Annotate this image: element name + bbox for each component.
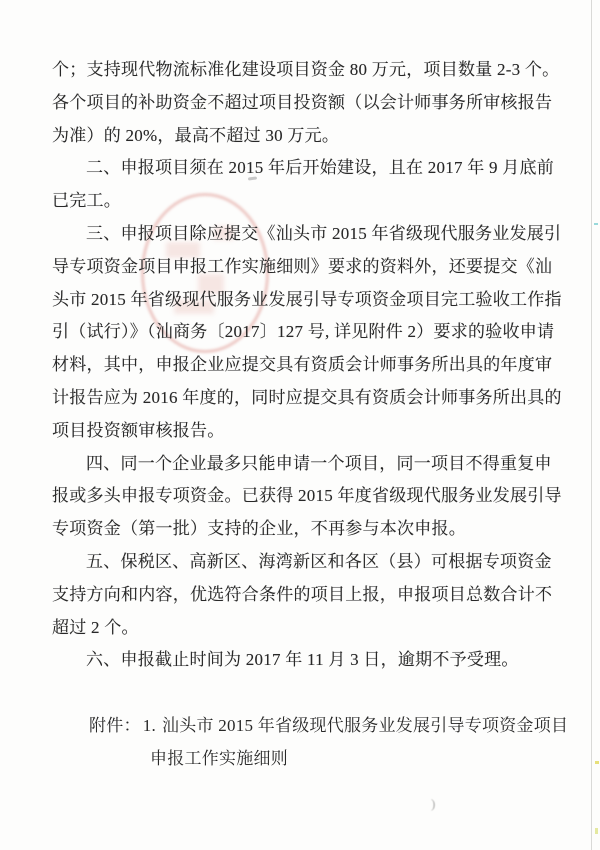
text-line: 材料，其中，申报企业应提交具有资质会计师事务所出具的年度审 xyxy=(52,349,552,382)
attachment-label: 附件： xyxy=(89,716,141,735)
text-line: 六、申报截止时间为 2017 年 11 月 3 日，逾期不予受理。 xyxy=(52,644,552,677)
text-line: 头市 2015 年省级现代服务业发展引导专项资金项目完工验收工作指 xyxy=(52,284,552,317)
text-line: 个；支持现代物流标准化建设项目资金 80 万元，项目数量 2-3 个。 xyxy=(52,54,552,87)
text-line: 计报告应为 2016 年度的，同时应提交具有资质会计师事务所出具的 xyxy=(52,382,552,415)
document-text: 个；支持现代物流标准化建设项目资金 80 万元，项目数量 2-3 个。各个项目的… xyxy=(52,54,552,776)
text-line: 引（试行）》（汕商务〔2017〕127 号, 详见附件 2）要求的验收申请 xyxy=(52,316,552,349)
text-line: 五、保税区、高新区、海湾新区和各区（县）可根据专项资金 xyxy=(52,546,552,579)
text-line: 二、申报项目须在 2015 年后开始建设，且在 2017 年 9 月底前 xyxy=(52,152,552,185)
attachment-section: 附件：1.汕头市 2015 年省级现代服务业发展引导专项资金项目 申报工作实施细… xyxy=(52,710,552,776)
text-line: 为准）的 20%，最高不超过 30 万元。 xyxy=(52,120,552,153)
scan-speck xyxy=(595,761,599,764)
attachment-item-number: 1. xyxy=(141,716,162,735)
blank-line xyxy=(52,677,552,710)
text-line: 各个项目的补助资金不超过项目投资额（以会计师事务所审核报告 xyxy=(52,87,552,120)
scan-stray-mark: ) xyxy=(431,796,435,812)
scan-speck xyxy=(594,223,598,225)
text-line: 已完工。 xyxy=(52,185,552,218)
attachment-item-title-part1: 汕头市 2015 年省级现代服务业发展引导专项资金项目 xyxy=(162,716,568,735)
text-line: 超过 2 个。 xyxy=(52,612,552,645)
text-line: 导专项资金项目申报工作实施细则》要求的资料外，还要提交《汕 xyxy=(52,251,552,284)
scanned-document-page: 个；支持现代物流标准化建设项目资金 80 万元，项目数量 2-3 个。各个项目的… xyxy=(0,0,600,850)
text-line: 专项资金（第一批）支持的企业，不再参与本次申报。 xyxy=(52,513,552,546)
text-line: 四、同一个企业最多只能申请一个项目，同一项目不得重复申 xyxy=(52,448,552,481)
text-line: 项目投资额审核报告。 xyxy=(52,415,552,448)
attachment-line-1: 附件：1.汕头市 2015 年省级现代服务业发展引导专项资金项目 xyxy=(52,710,552,743)
attachment-item-title-part2: 申报工作实施细则 xyxy=(52,743,552,776)
text-line: 支持方向和内容，优选符合条件的项目上报，申报项目总数合计不 xyxy=(52,579,552,612)
scan-edge-line xyxy=(591,0,592,850)
text-line: 三、申报项目除应提交《汕头市 2015 年省级现代服务业发展引 xyxy=(52,218,552,251)
text-line: 报或多头申报专项资金。已获得 2015 年度省级现代服务业发展引导 xyxy=(52,480,552,513)
scan-speck xyxy=(595,828,598,834)
document-body: 个；支持现代物流标准化建设项目资金 80 万元，项目数量 2-3 个。各个项目的… xyxy=(52,54,552,677)
